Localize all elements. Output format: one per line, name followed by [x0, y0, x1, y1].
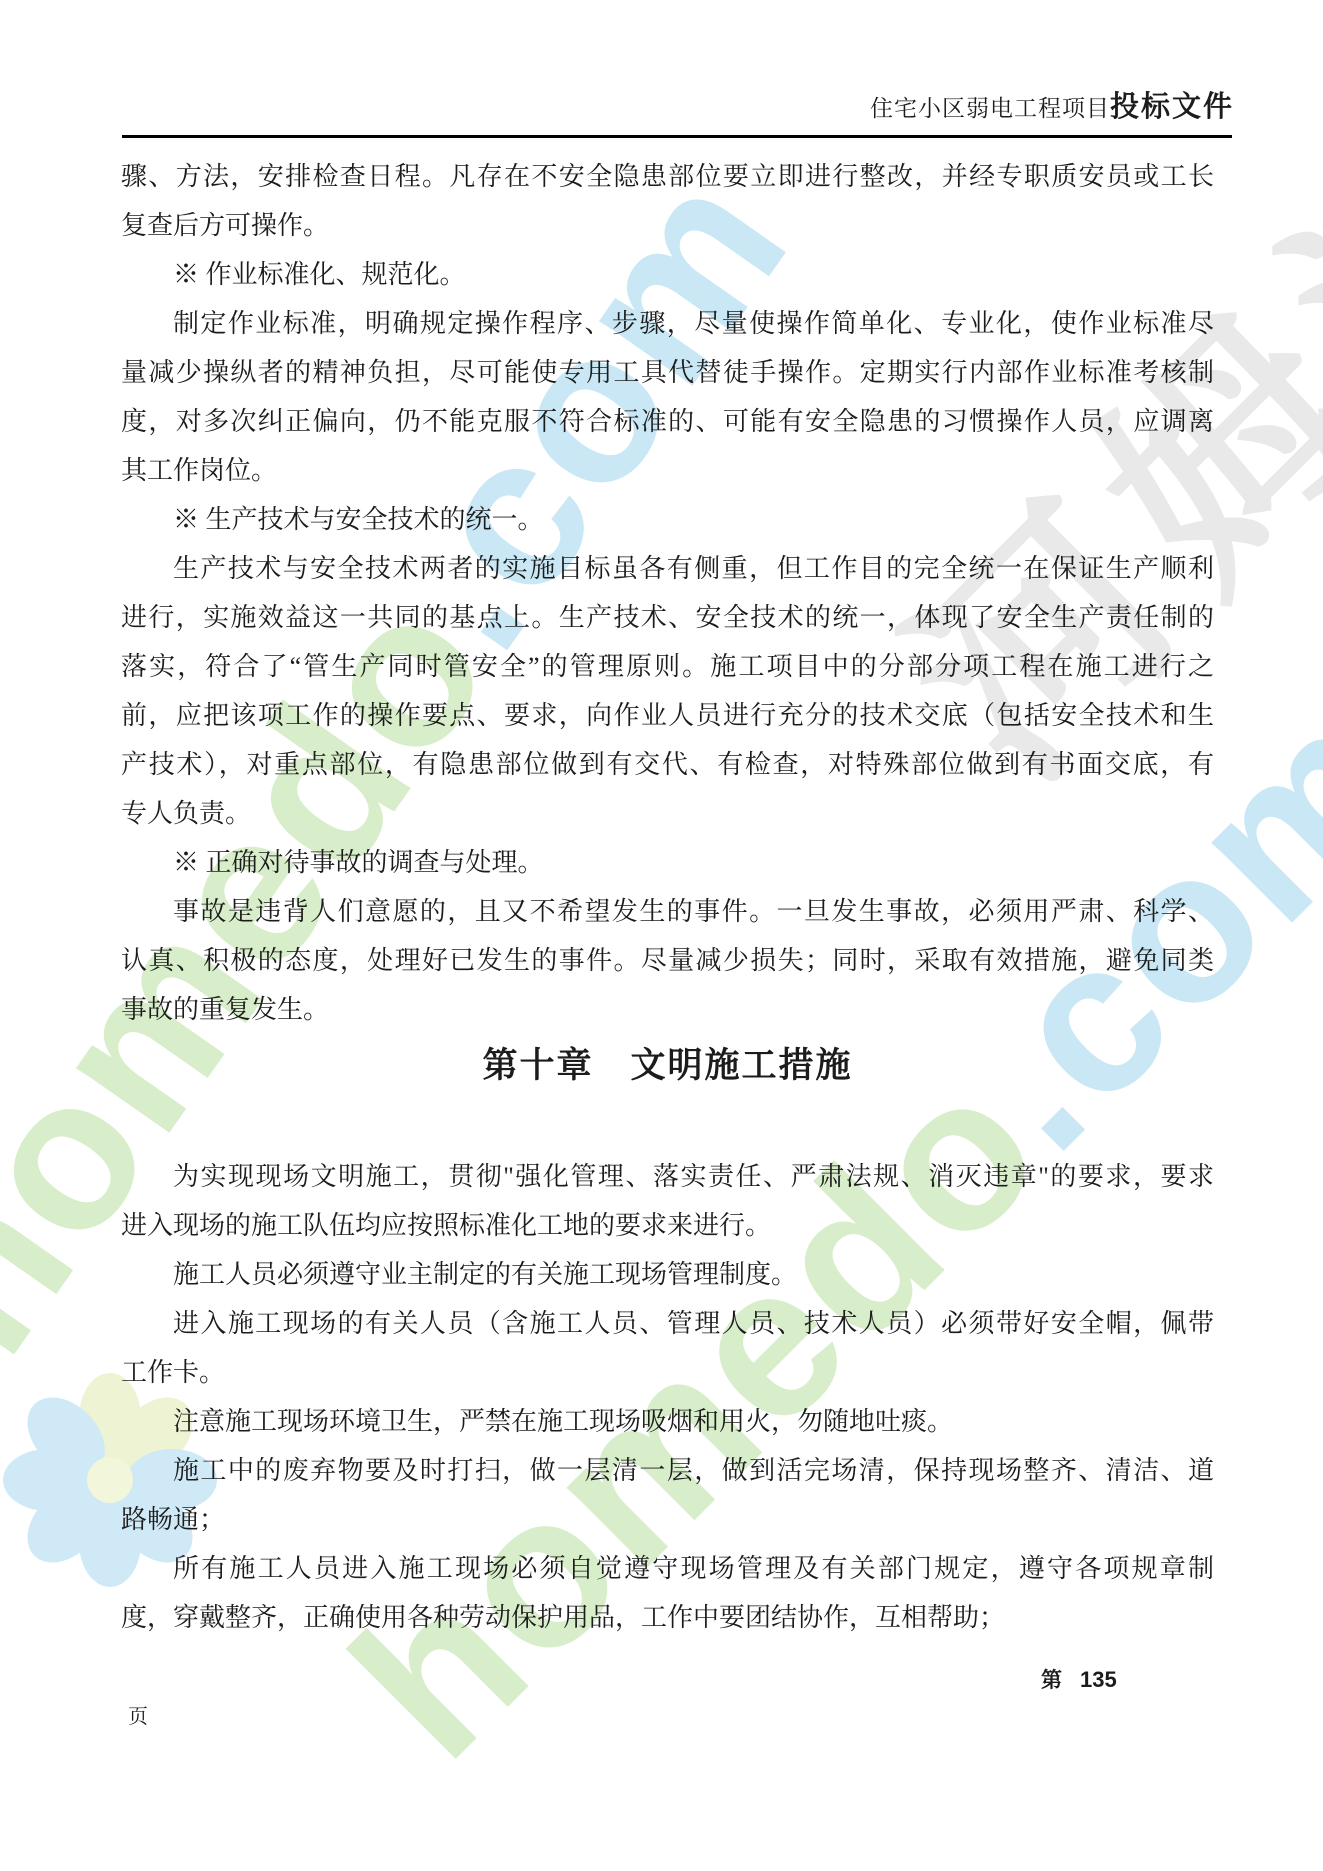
text-line: 进行，实施效益这一共同的基点上。生产技术、安全技术的统一，体现了安全生产责任制的: [121, 593, 1214, 642]
text-line: 度，对多次纠正偏向，仍不能克服不符合标准的、可能有安全隐患的习惯操作人员，应调离: [121, 397, 1214, 446]
text-line: 前，应把该项工作的操作要点、要求，向作业人员进行充分的技术交底（包括安全技术和生: [121, 691, 1214, 740]
text-line: 制定作业标准，明确规定操作程序、步骤，尽量使操作简单化、专业化，使作业标准尽: [121, 299, 1214, 348]
footer-page-number: 第 135: [1041, 1664, 1117, 1694]
body-text-block-2: 为实现现场文明施工，贯彻"强化管理、落实责任、严肃法规、消灭违章"的要求，要求进…: [121, 1152, 1214, 1642]
text-line: ※ 生产技术与安全技术的统一。: [121, 495, 1214, 544]
text-line: 度，穿戴整齐，正确使用各种劳动保护用品，工作中要团结协作，互相帮助；: [121, 1593, 1214, 1642]
text-line: 进入施工现场的有关人员（含施工人员、管理人员、技术人员）必须带好安全帽，佩带: [121, 1299, 1214, 1348]
document-page: homedo.com homedo.com 河姆渡 住宅小区弱电工程项目投标文件…: [0, 0, 1323, 1871]
text-line: ※ 正确对待事故的调查与处理。: [121, 838, 1214, 887]
body-text-block-1: 骤、方法，安排检查日程。凡存在不安全隐患部位要立即进行整改，并经专职质安员或工长…: [121, 152, 1214, 1034]
text-line: 骤、方法，安排检查日程。凡存在不安全隐患部位要立即进行整改，并经专职质安员或工长: [121, 152, 1214, 201]
text-line: 进入现场的施工队伍均应按照标准化工地的要求来进行。: [121, 1201, 1214, 1250]
footer-page-suffix: 页: [128, 1700, 148, 1729]
text-line: 认真、积极的态度，处理好已发生的事件。尽量减少损失；同时，采取有效措施，避免同类: [121, 936, 1214, 985]
text-line: 注意施工现场环境卫生，严禁在施工现场吸烟和用火，勿随地吐痰。: [121, 1397, 1214, 1446]
text-line: 施工中的废弃物要及时打扫，做一层清一层，做到活完场清，保持现场整齐、清洁、道: [121, 1446, 1214, 1495]
text-line: 生产技术与安全技术两者的实施目标虽各有侧重，但工作目的完全统一在保证生产顺利: [121, 544, 1214, 593]
text-line: 产技术），对重点部位，有隐患部位做到有交代、有检查，对特殊部位做到有书面交底，有: [121, 740, 1214, 789]
header-rule: [122, 135, 1232, 138]
text-line: 路畅通；: [121, 1495, 1214, 1544]
text-line: 事故的重复发生。: [121, 985, 1214, 1034]
text-line: 复查后方可操作。: [121, 201, 1214, 250]
footer-page-value: 135: [1080, 1667, 1117, 1693]
header-doc-type: 投标文件: [1110, 84, 1234, 125]
document-body: 骤、方法，安排检查日程。凡存在不安全隐患部位要立即进行整改，并经专职质安员或工长…: [121, 152, 1214, 1642]
text-line: 工作卡。: [121, 1348, 1214, 1397]
chapter-heading: 第十章 文明施工措施: [121, 1044, 1214, 1088]
footer-page-prefix: 第: [1041, 1664, 1062, 1694]
text-line: 为实现现场文明施工，贯彻"强化管理、落实责任、严肃法规、消灭违章"的要求，要求: [121, 1152, 1214, 1201]
text-line: 落实，符合了“管生产同时管安全”的管理原则。施工项目中的分部分项工程在施工进行之: [121, 642, 1214, 691]
header-project-title: 住宅小区弱电工程项目: [870, 90, 1110, 123]
text-line: 专人负责。: [121, 789, 1214, 838]
text-line: 施工人员必须遵守业主制定的有关施工现场管理制度。: [121, 1250, 1214, 1299]
text-line: ※ 作业标准化、规范化。: [121, 250, 1214, 299]
text-line: 所有施工人员进入施工现场必须自觉遵守现场管理及有关部门规定，遵守各项规章制: [121, 1544, 1214, 1593]
page-header: 住宅小区弱电工程项目投标文件: [870, 84, 1234, 125]
text-line: 量减少操纵者的精神负担，尽可能使专用工具代替徒手操作。定期实行内部作业标准考核制: [121, 348, 1214, 397]
text-line: 事故是违背人们意愿的，且又不希望发生的事件。一旦发生事故，必须用严肃、科学、: [121, 887, 1214, 936]
text-line: 其工作岗位。: [121, 446, 1214, 495]
